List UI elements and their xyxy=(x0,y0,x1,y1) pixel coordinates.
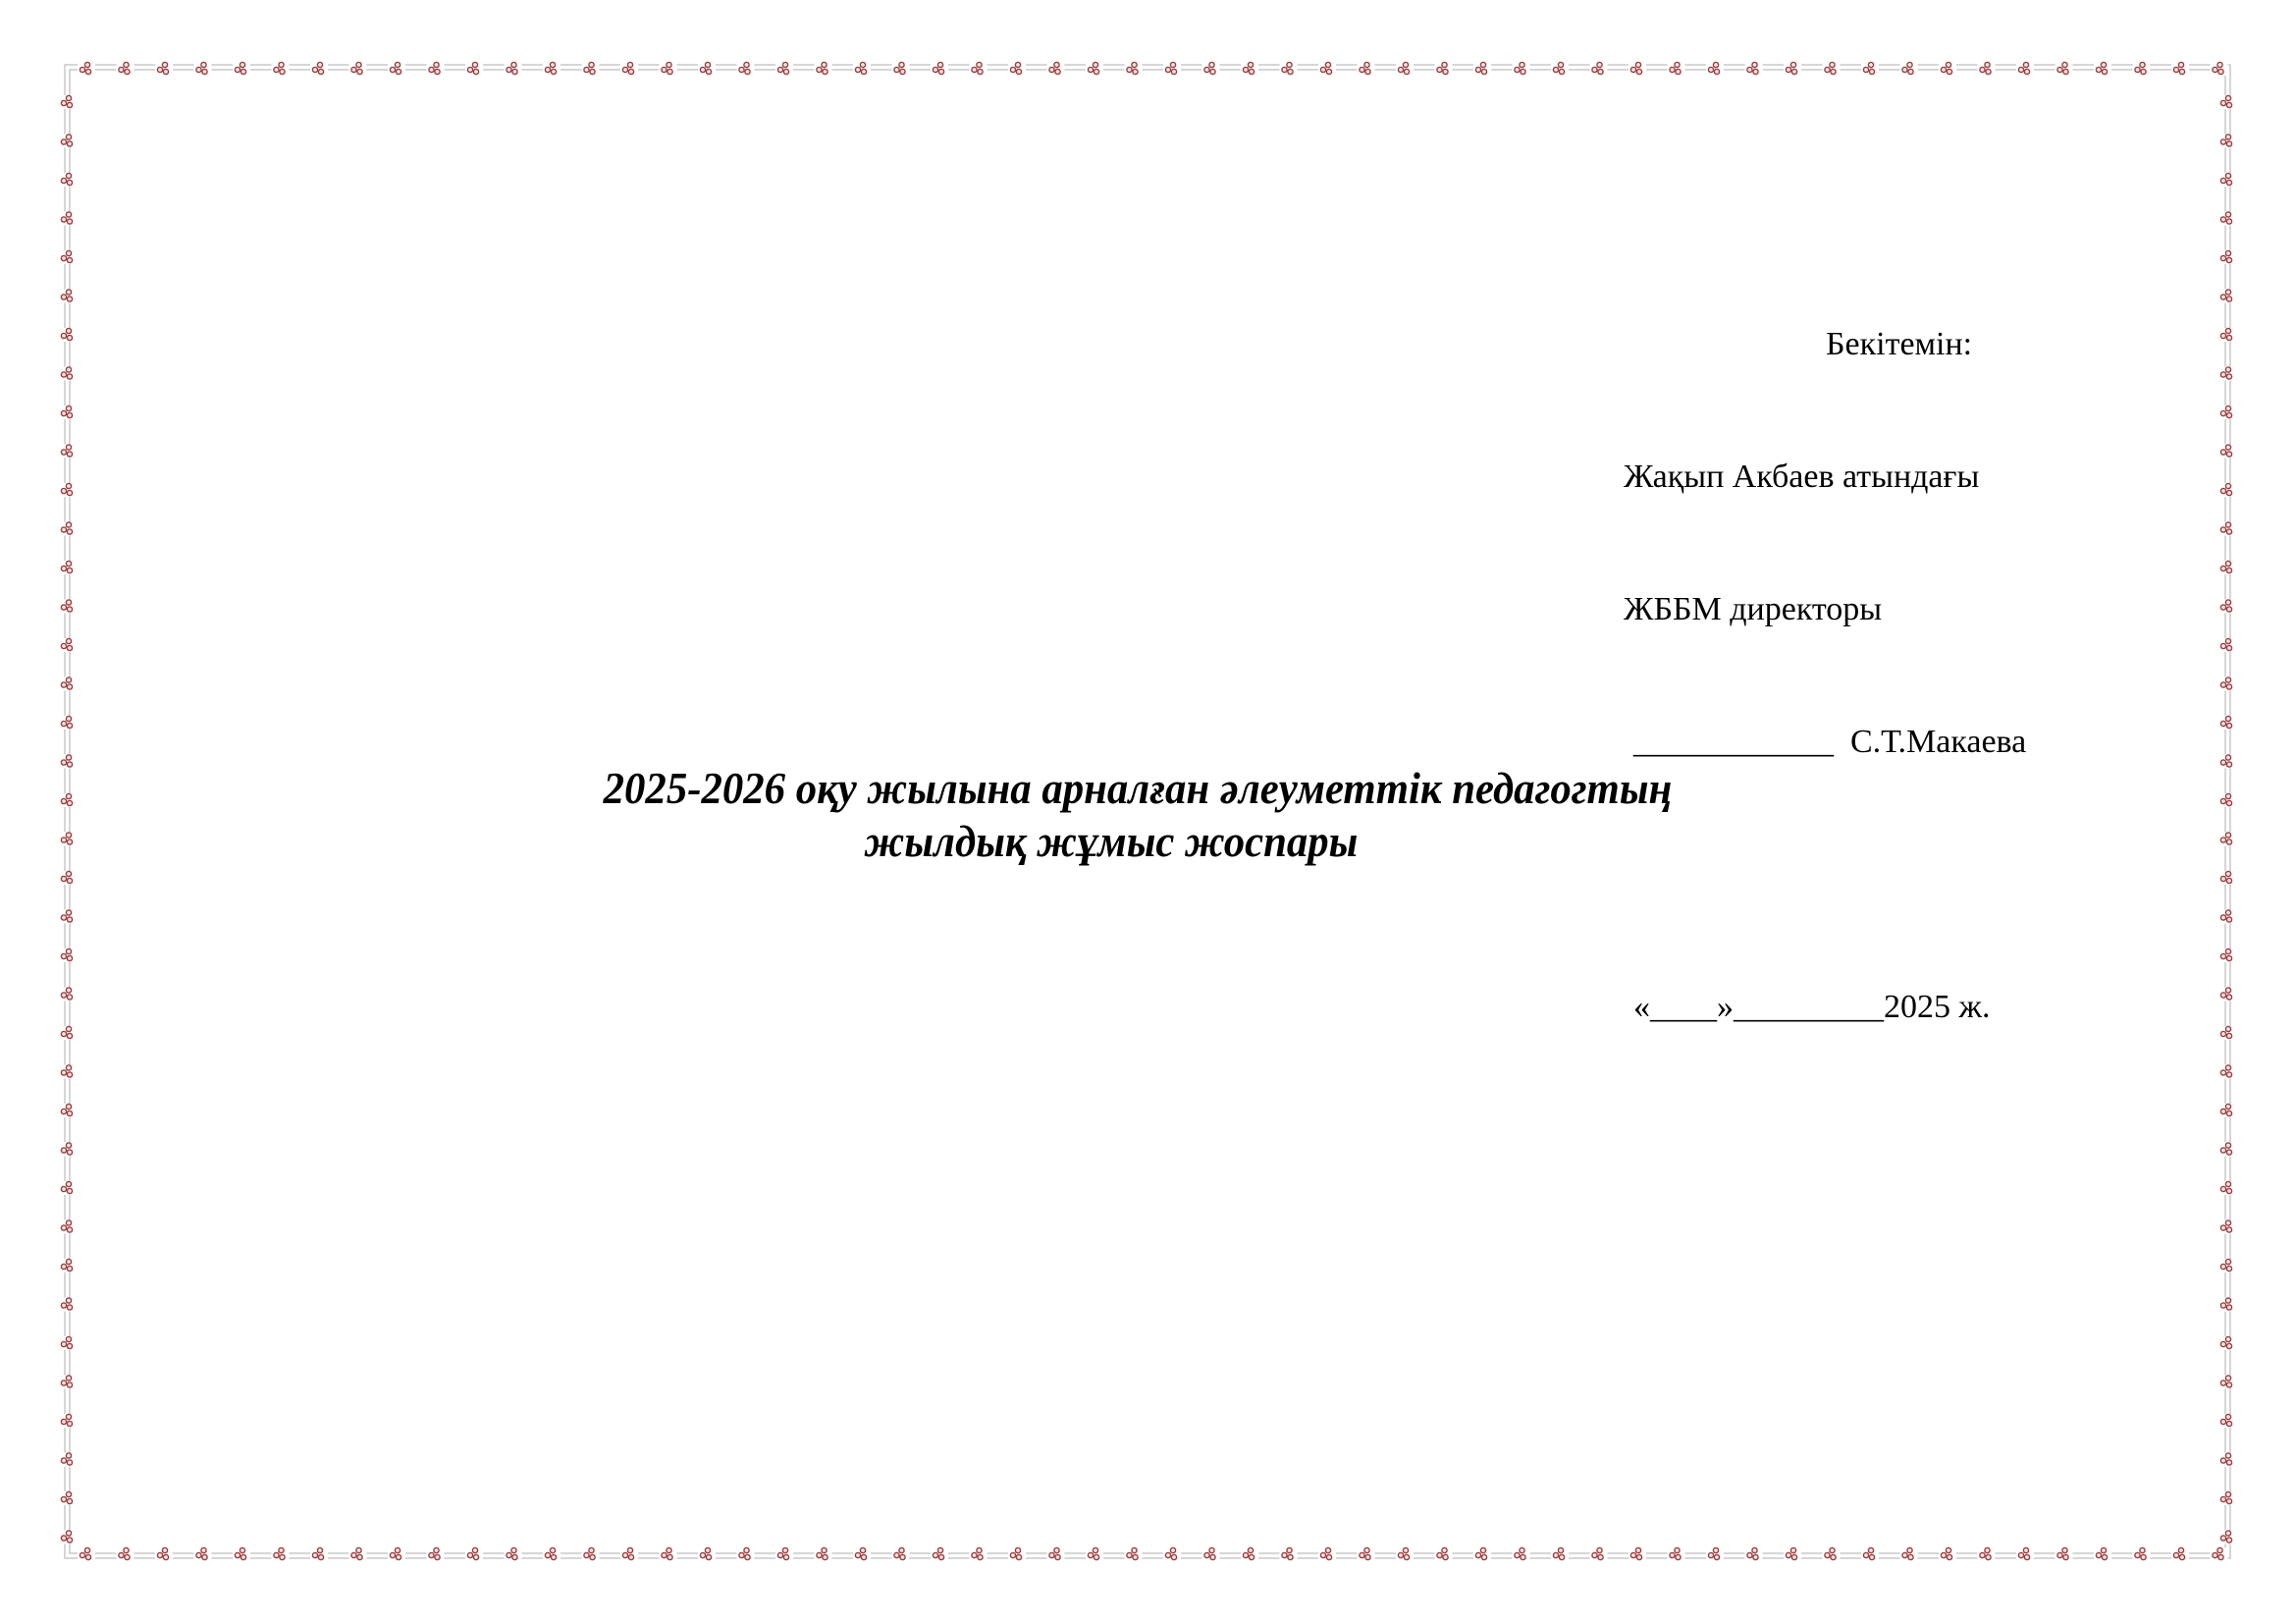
approval-heading: Бекітемін: xyxy=(1624,322,2026,366)
document-title: 2025-2026 оқу жылына арналған әлеуметтік… xyxy=(80,762,2216,868)
document-page: Бекітемін: Жақып Акбаев атындағы ЖББМ ди… xyxy=(0,0,2296,1624)
school-name: Жақып Акбаев атындағы xyxy=(1624,455,2026,499)
approval-block: Бекітемін: Жақып Акбаев атындағы ЖББМ ди… xyxy=(1624,234,2026,1117)
date-line: «____»_________2025 ж. xyxy=(1624,985,2026,1029)
director-title: ЖББМ директоры xyxy=(1624,587,2026,631)
title-line-1: 2025-2026 оқу жылына арналған әлеуметтік… xyxy=(80,762,2216,815)
signature-line: ____________ С.Т.Макаева xyxy=(1624,720,2026,764)
title-line-2: жылдық жұмыс жоспары xyxy=(80,815,2216,868)
